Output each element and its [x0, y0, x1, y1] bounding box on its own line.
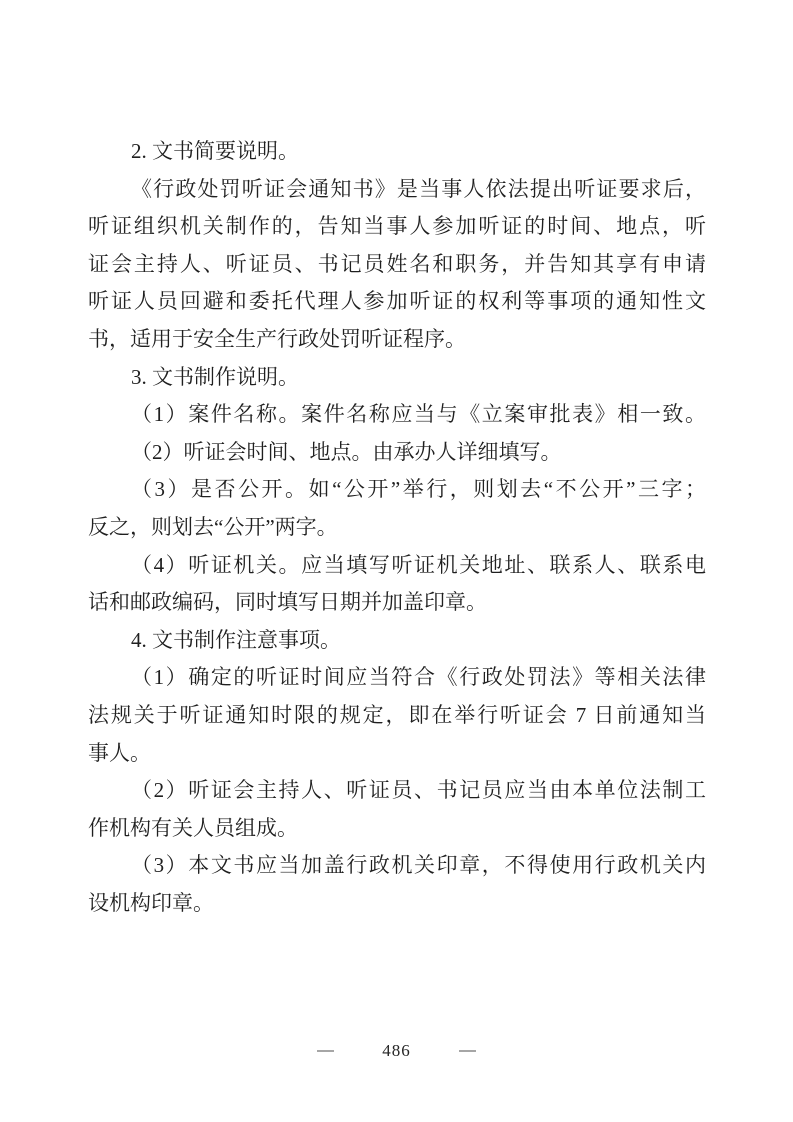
text-line: 反之，则划去“公开”两字。	[88, 509, 706, 547]
text-line: 话和邮政编码，同时填写日期并加盖印章。	[88, 584, 706, 622]
text-line: （3）是否公开。如“公开”举行，则划去“不公开”三字；	[88, 471, 706, 509]
page-number-dash-right	[459, 1050, 476, 1052]
text-line: 《行政处罚听证会通知书》是当事人依法提出听证要求后，	[88, 171, 706, 209]
text-line: （2）听证会主持人、听证员、书记员应当由本单位法制工	[88, 772, 706, 810]
text-line: 作机构有关人员组成。	[88, 810, 706, 848]
text-line: 2. 文书简要说明。	[88, 133, 706, 171]
text-line: 4. 文书制作注意事项。	[88, 622, 706, 660]
text-line: 设机构印章。	[88, 885, 706, 923]
text-line: （3）本文书应当加盖行政机关印章，不得使用行政机关内	[88, 847, 706, 885]
text-line: （1）确定的听证时间应当符合《行政处罚法》等相关法律	[88, 659, 706, 697]
text-line: （4）听证机关。应当填写听证机关地址、联系人、联系电	[88, 547, 706, 585]
text-line: （2）听证会时间、地点。由承办人详细填写。	[88, 434, 706, 472]
text-line: 事人。	[88, 735, 706, 773]
text-line: 书，适用于安全生产行政处罚听证程序。	[88, 321, 706, 359]
text-line: 听证人员回避和委托代理人参加听证的权利等事项的通知性文	[88, 283, 706, 321]
page-number-dash-left	[317, 1050, 334, 1052]
text-line: （1）案件名称。案件名称应当与《立案审批表》相一致。	[88, 396, 706, 434]
page-number: 486	[382, 1042, 411, 1059]
page-footer: 486	[0, 1042, 793, 1059]
text-line: 3. 文书制作说明。	[88, 359, 706, 397]
text-line: 法规关于听证通知时限的规定，即在举行听证会 7 日前通知当	[88, 697, 706, 735]
document-lines: 2. 文书简要说明。《行政处罚听证会通知书》是当事人依法提出听证要求后，听证组织…	[88, 133, 706, 922]
text-line: 听证组织机关制作的，告知当事人参加听证的时间、地点，听	[88, 208, 706, 246]
text-line: 证会主持人、听证员、书记员姓名和职务，并告知其享有申请	[88, 246, 706, 284]
document-page: 2. 文书简要说明。《行政处罚听证会通知书》是当事人依法提出听证要求后，听证组织…	[0, 0, 793, 1122]
